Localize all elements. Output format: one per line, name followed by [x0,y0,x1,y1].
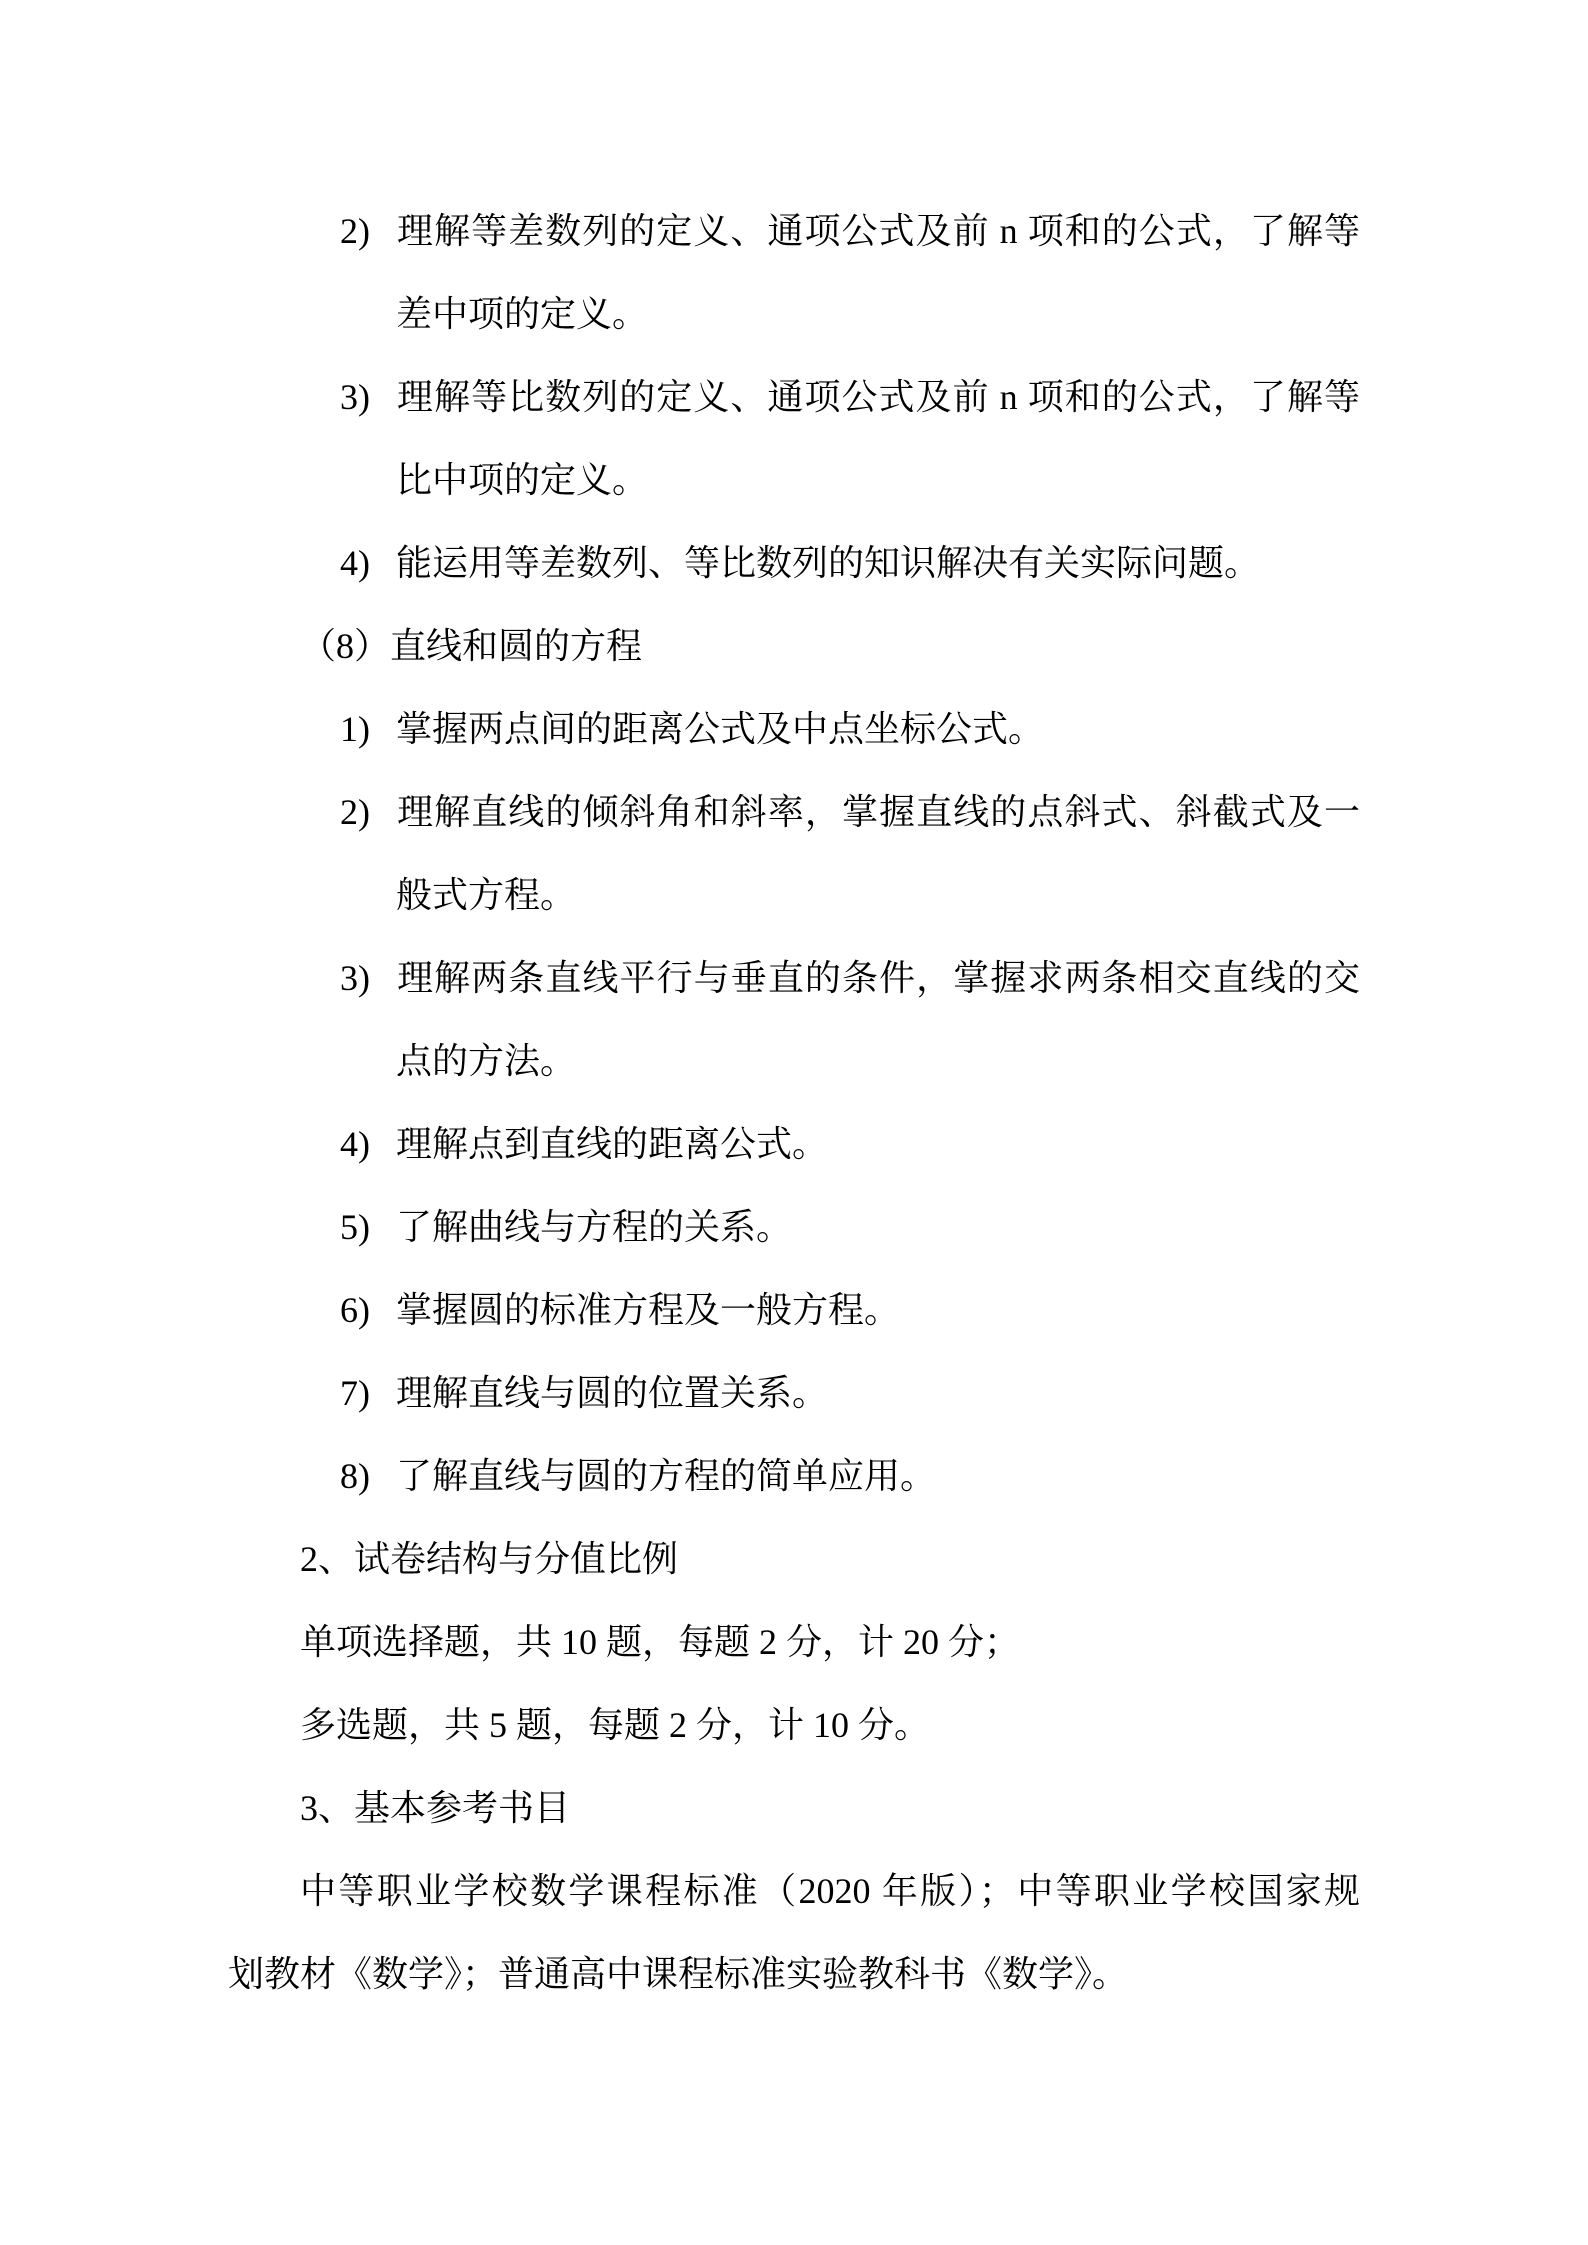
item-text: 理解等差数列的定义、通项公式及前 n 项和的公式，了解等 [396,211,1360,251]
list-item-line: 7)理解直线与圆的位置关系。 [228,1352,1360,1435]
paragraph-line: 中等职业学校数学课程标准（2020 年版）；中等职业学校国家规 [228,1850,1360,1933]
paragraph-line: 单项选择题，共 10 题，每题 2 分，计 20 分； [228,1601,1360,1684]
item-number: 3) [340,356,396,439]
section-heading: （8）直线和圆的方程 [228,605,1360,688]
list-item-line: 6)掌握圆的标准方程及一般方程。 [228,1269,1360,1352]
line-text: 比中项的定义。 [396,460,648,500]
item-number: 8) [340,1435,396,1518]
paragraph-text: 单项选择题，共 10 题，每题 2 分，计 20 分； [300,1622,1020,1662]
item-text: 掌握圆的标准方程及一般方程。 [396,1290,900,1330]
item-text: 了解曲线与方程的关系。 [396,1207,792,1247]
item-text: 了解直线与圆的方程的简单应用。 [396,1456,936,1496]
list-item-line: 4)理解点到直线的距离公式。 [228,1103,1360,1186]
section-heading: 3、基本参考书目 [228,1767,1360,1850]
list-item-line: 4)能运用等差数列、等比数列的知识解决有关实际问题。 [228,522,1360,605]
item-text: 掌握两点间的距离公式及中点坐标公式。 [396,709,1044,749]
list-item-line: 1)掌握两点间的距离公式及中点坐标公式。 [228,688,1360,771]
item-number: 2) [340,771,396,854]
section-heading-text: （8）直线和圆的方程 [300,626,642,666]
item-number: 4) [340,1103,396,1186]
list-item-continuation: 比中项的定义。 [228,439,1360,522]
list-item-line: 5)了解曲线与方程的关系。 [228,1186,1360,1269]
list-item-continuation: 点的方法。 [228,1020,1360,1103]
item-number: 7) [340,1352,396,1435]
list-item-line: 2)理解等差数列的定义、通项公式及前 n 项和的公式，了解等 [228,190,1360,273]
item-text: 理解两条直线平行与垂直的条件，掌握求两条相交直线的交 [396,958,1360,998]
item-text: 理解等比数列的定义、通项公式及前 n 项和的公式，了解等 [396,377,1360,417]
list-item-continuation: 差中项的定义。 [228,273,1360,356]
line-text: 般式方程。 [396,875,576,915]
item-text: 理解直线与圆的位置关系。 [396,1373,828,1413]
paragraph-text: 中等职业学校数学课程标准（2020 年版）；中等职业学校国家规 [300,1871,1360,1911]
paragraph-continuation: 划教材《数学》；普通高中课程标准实验教科书《数学》。 [228,1933,1360,2016]
list-item-line: 3)理解等比数列的定义、通项公式及前 n 项和的公式，了解等 [228,356,1360,439]
item-number: 2) [340,190,396,273]
item-number: 3) [340,937,396,1020]
item-number: 6) [340,1269,396,1352]
line-text: 点的方法。 [396,1041,576,1081]
section-heading: 2、试卷结构与分值比例 [228,1518,1360,1601]
list-item-line: 8)了解直线与圆的方程的简单应用。 [228,1435,1360,1518]
item-number: 4) [340,522,396,605]
section-heading-text: 3、基本参考书目 [300,1788,570,1828]
list-item-continuation: 般式方程。 [228,854,1360,937]
item-text: 理解直线的倾斜角和斜率，掌握直线的点斜式、斜截式及一 [396,792,1360,832]
document-page: 2)理解等差数列的定义、通项公式及前 n 项和的公式，了解等 差中项的定义。 3… [0,0,1588,2245]
line-text: 差中项的定义。 [396,294,648,334]
paragraph-text: 多选题，共 5 题，每题 2 分，计 10 分。 [300,1705,930,1745]
item-number: 1) [340,688,396,771]
section-heading-text: 2、试卷结构与分值比例 [300,1539,678,1579]
list-item-line: 3)理解两条直线平行与垂直的条件，掌握求两条相交直线的交 [228,937,1360,1020]
item-number: 5) [340,1186,396,1269]
paragraph-text: 划教材《数学》；普通高中课程标准实验教科书《数学》。 [228,1954,1128,1994]
item-text: 理解点到直线的距离公式。 [396,1124,828,1164]
paragraph-line: 多选题，共 5 题，每题 2 分，计 10 分。 [228,1684,1360,1767]
list-item-line: 2)理解直线的倾斜角和斜率，掌握直线的点斜式、斜截式及一 [228,771,1360,854]
item-text: 能运用等差数列、等比数列的知识解决有关实际问题。 [396,543,1260,583]
document-body: 2)理解等差数列的定义、通项公式及前 n 项和的公式，了解等 差中项的定义。 3… [228,190,1360,2016]
